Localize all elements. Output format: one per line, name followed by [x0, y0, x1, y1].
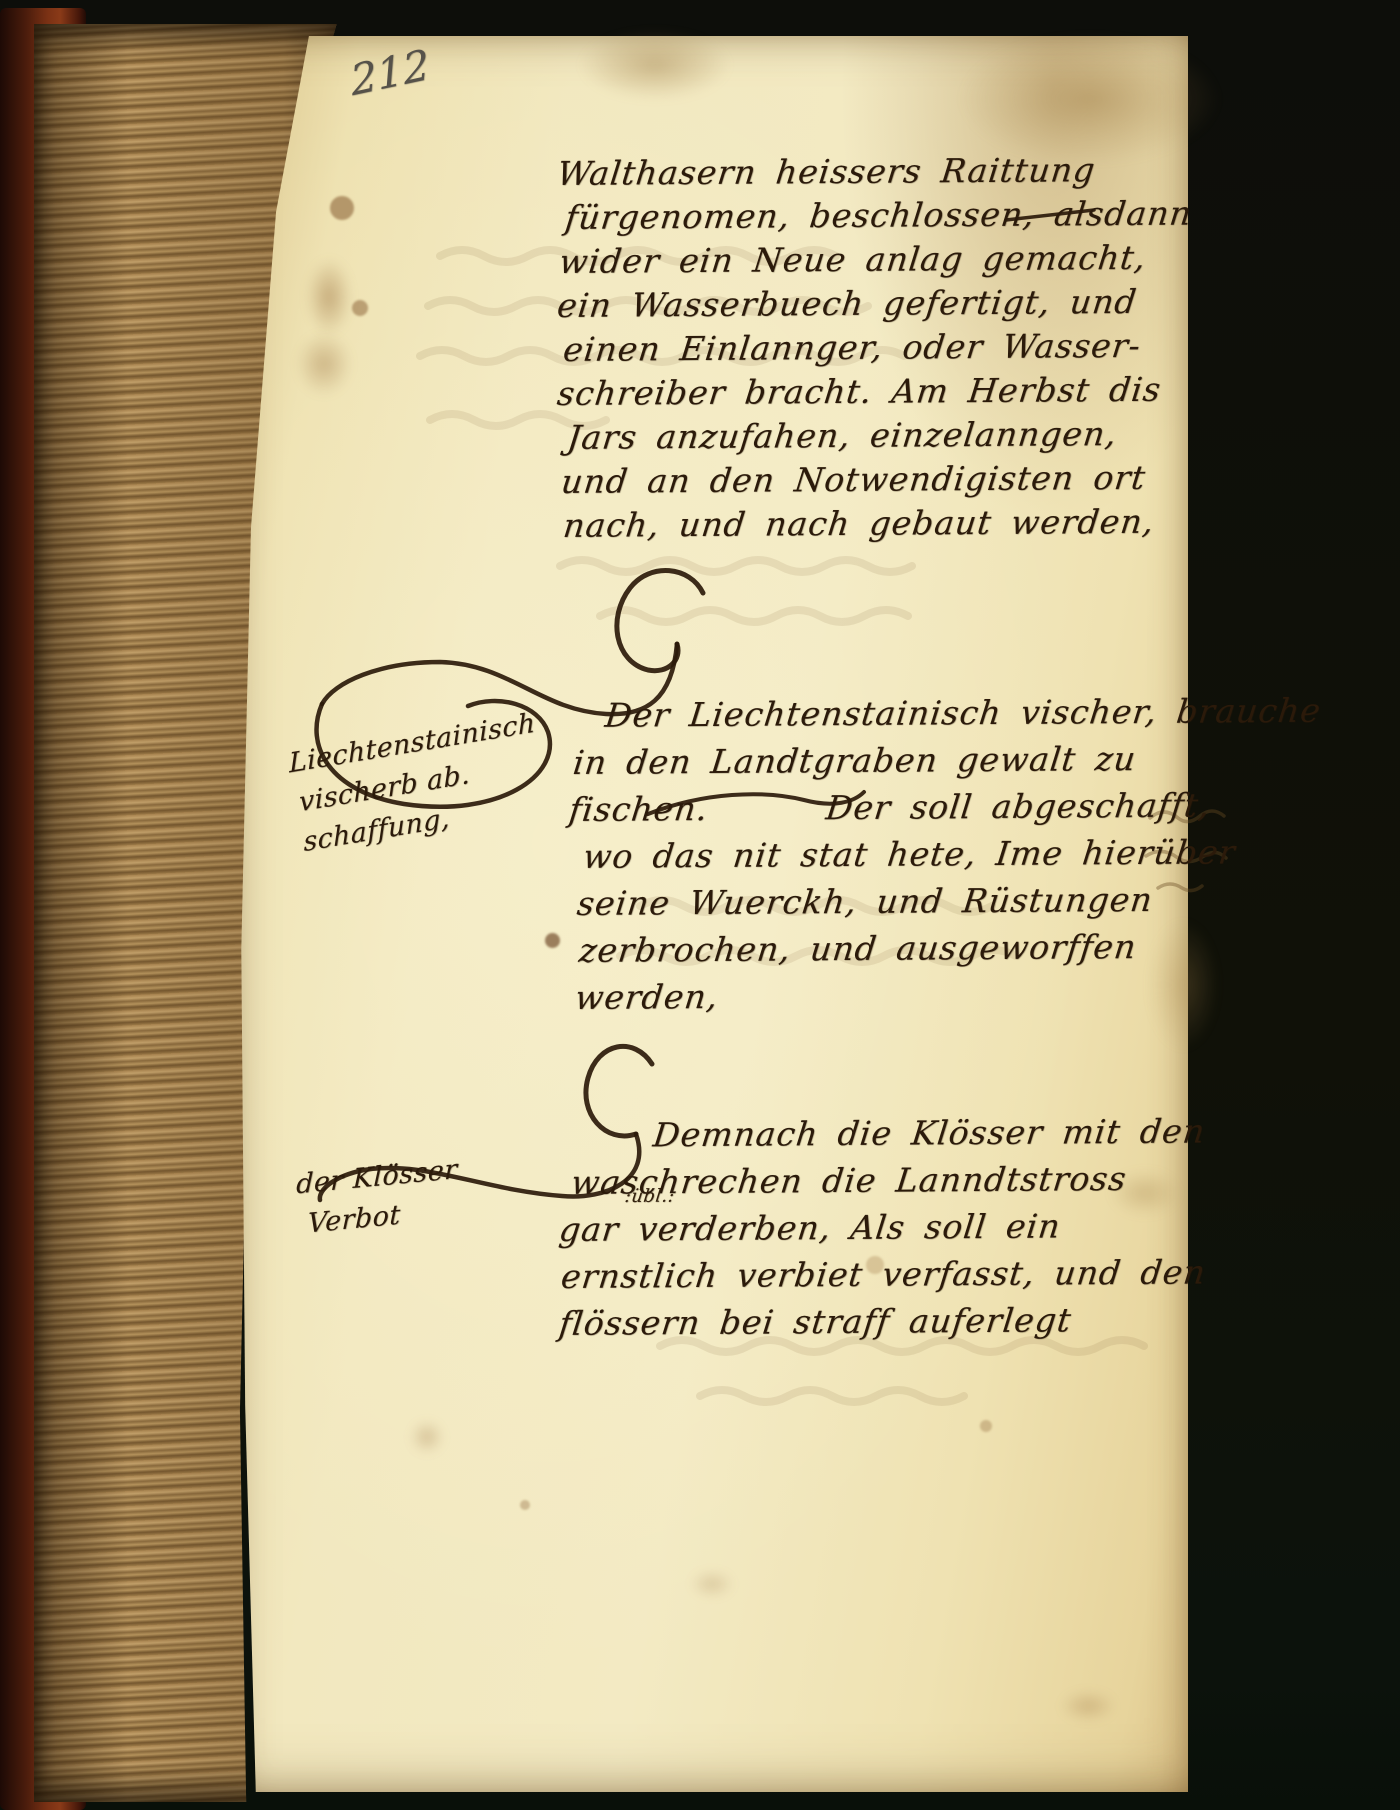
interline-note: :übl.: — [624, 1186, 676, 1207]
paragraph-3: Demnach die Klösser mit den waschrechen … — [560, 1112, 1208, 1347]
handwritten-line: zerbrochen, und ausgeworffen — [567, 922, 1324, 974]
handwritten-line: werden, — [567, 969, 1324, 1021]
handwritten-line: in den Landtgraben gewalt zu — [567, 734, 1324, 786]
handwritten-line: wider ein Neue anlag gemacht, — [553, 236, 1195, 284]
handwritten-line: fürgenomen, beschlossen, alsdann — [553, 192, 1195, 240]
handwritten-line: einen Einlannger, oder Wasser- — [553, 324, 1195, 372]
handwritten-phrase: Der soll abgeschafft, — [823, 782, 1212, 832]
handwritten-line: Jars anzufahen, einzelanngen, — [553, 412, 1195, 460]
handwritten-line: Der Liechtenstainisch vischer, brauche — [567, 687, 1324, 739]
margin-note-2: der Klösser Verbot — [297, 1151, 465, 1245]
paragraph-1: Walthasern heissers Raittung fürgenomen,… — [558, 152, 1194, 548]
handwritten-line: flössern bei straff auferlegt — [555, 1295, 1209, 1347]
handwritten-line: wo das nit stat hete, Ime hierüber — [567, 828, 1324, 880]
handwritten-line: gar verderben, Als soll ein — [555, 1201, 1209, 1253]
handwritten-phrase: fischen. — [567, 785, 711, 833]
handwritten-line: seine Wuerckh, und Rüstungen — [567, 875, 1324, 927]
handwritten-line: nach, und nach gebaut werden, — [553, 500, 1195, 548]
paragraph-2: Der Liechtenstainisch vischer, brauche i… — [572, 692, 1323, 1021]
handwritten-line: ernstlich verbiet verfasst, und den — [555, 1248, 1209, 1300]
handwritten-line: Walthasern heissers Raittung — [553, 148, 1195, 196]
handwritten-line: Demnach die Klösser mit den — [555, 1107, 1209, 1159]
handwritten-line: schreiber bracht. Am Herbst dis — [553, 368, 1195, 416]
handwritten-line: und an den Notwendigisten ort — [553, 456, 1195, 504]
archival-photo: { "photo": { "folio_number": "212" }, "m… — [0, 0, 1400, 1810]
handwritten-line: ein Wasserbuech gefertigt, und — [553, 280, 1195, 328]
handwritten-line: fischen. Der soll abgeschafft, — [567, 781, 1324, 833]
